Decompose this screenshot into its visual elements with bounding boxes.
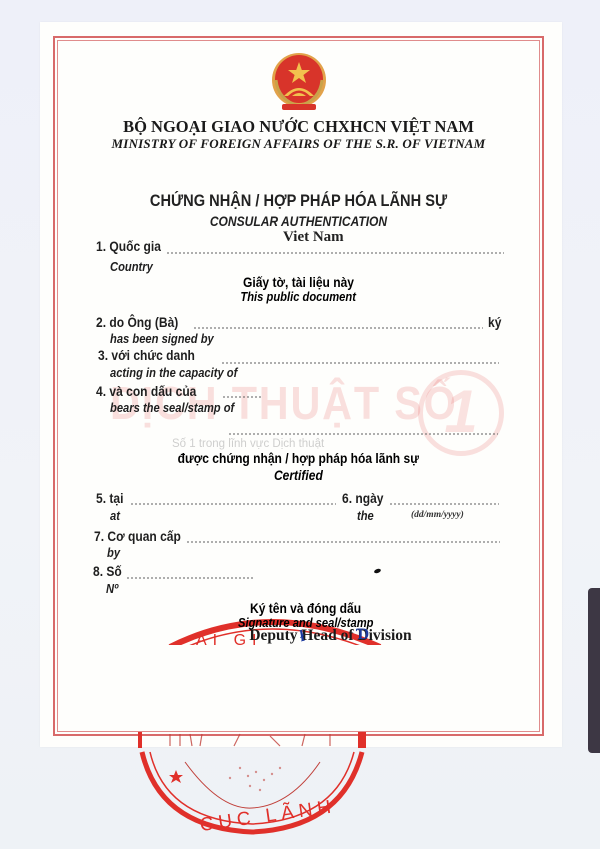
field-date-line[interactable] [389, 503, 499, 505]
public-document-en: This public document [53, 289, 544, 304]
field-at-sub: at [110, 508, 122, 523]
field-signed-by-label: 2. do Ông (Bà) [96, 314, 192, 330]
field-number-line[interactable] [126, 577, 254, 579]
field-country-line [166, 252, 504, 254]
field-date-label: 6. ngày [342, 490, 390, 506]
ministry-name-vn: BỘ NGOẠI GIAO NƯỚC CHXHCN VIỆT NAM [53, 117, 544, 137]
field-country-label: 1. Quốc gia [96, 238, 171, 254]
field-signed-by-suffix: ký [488, 314, 504, 330]
field-seal-line[interactable] [222, 396, 262, 398]
field-issued-by-label: 7. Cơ quan cấp [94, 528, 195, 544]
field-seal-label: 4. và con dấu của [96, 383, 213, 399]
certified-vn: được chứng nhận / hợp pháp hóa lãnh sự [53, 450, 544, 466]
field-seal-line-2[interactable] [228, 433, 498, 435]
background-object [588, 588, 600, 753]
document-title-vn: CHỨNG NHẬN / HỢP PHÁP HÓA LÃNH SỰ [87, 191, 509, 211]
field-number-label: 8. Số [93, 563, 126, 579]
field-signed-by-sub: has been signed by [110, 331, 231, 346]
field-seal-sub: bears the seal/stamp of [110, 400, 255, 415]
signature-ink-2: Ɗ [356, 626, 369, 644]
field-at-label: 5. tại [96, 490, 128, 506]
national-emblem-icon [268, 50, 330, 116]
field-signed-by-line[interactable] [193, 327, 483, 329]
document-title-en: CONSULAR AUTHENTICATION [87, 213, 509, 229]
field-capacity-label: 3. với chức danh [98, 347, 211, 363]
field-at-line[interactable] [130, 503, 336, 505]
field-country-value[interactable]: Viet Nam [283, 229, 344, 246]
field-capacity-sub: acting in the capacity of [110, 365, 258, 380]
field-issued-by-sub: by [107, 545, 122, 560]
ministry-name-en: MINISTRY OF FOREIGN AFFAIRS OF THE S.R. … [53, 136, 544, 152]
field-issued-by-line[interactable] [186, 541, 500, 543]
field-number-sub: Nº [106, 581, 120, 596]
field-date-sub: the [357, 508, 377, 523]
field-capacity-line[interactable] [221, 362, 499, 364]
field-country-sub: Country [110, 259, 160, 274]
certified-en: Certified [53, 467, 544, 483]
public-document-vn: Giấy tờ, tài liệu này [53, 274, 544, 290]
signatory-title: Deputy Head of Division [85, 627, 576, 645]
official-stamp-bottom: CỤC LÃNH [130, 728, 380, 840]
field-date-format: (dd/mm/yyyy) [411, 510, 464, 520]
